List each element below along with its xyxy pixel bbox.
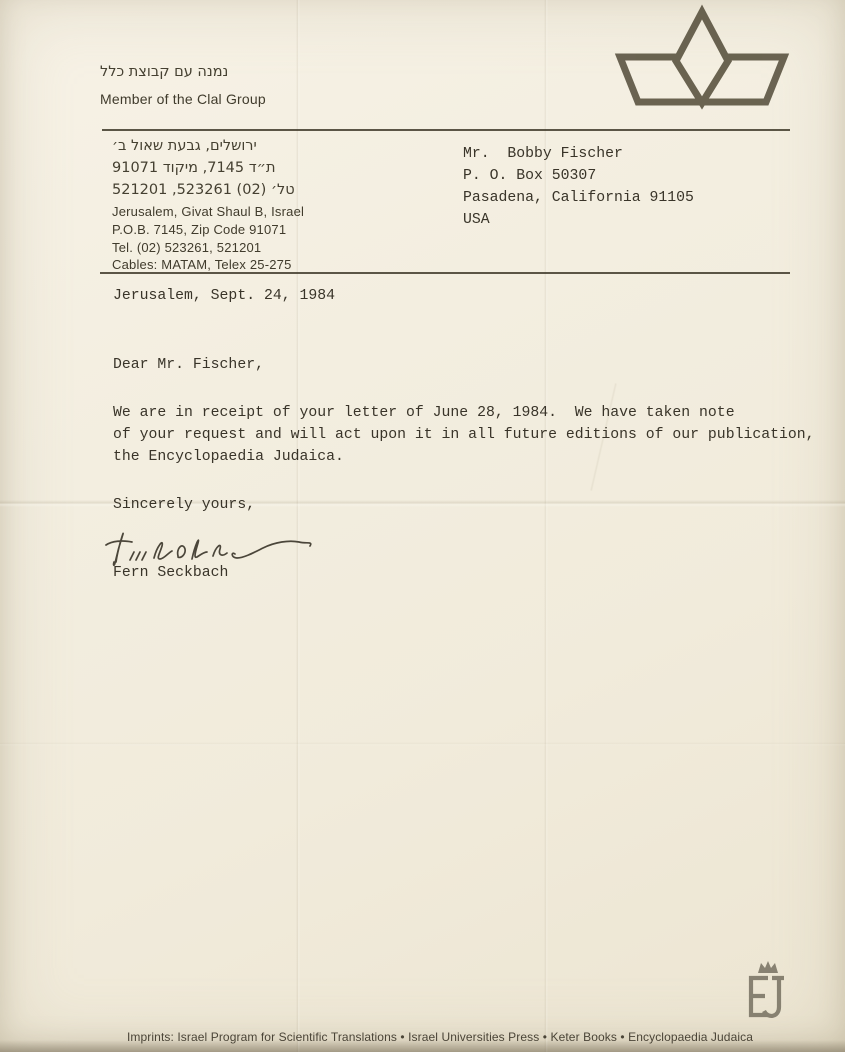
address-english-line: Tel. (02) 523261, 521201 <box>112 240 261 255</box>
signatory-name: Fern Seckbach <box>113 565 228 581</box>
body-line: the Encyclopaedia Judaica. <box>113 449 344 465</box>
address-hebrew-line: ת״ד 7145, מיקוד 91071 <box>112 160 276 176</box>
scanned-letter-page: נמנה עם קבוצת כלל Member of the Clal Gro… <box>0 0 845 1052</box>
address-english-line: P.O.B. 7145, Zip Code 91071 <box>112 222 286 237</box>
address-english-line: Cables: MATAM, Telex 25-275 <box>112 257 292 272</box>
letterhead-tagline-hebrew: נמנה עם קבוצת כלל <box>100 64 228 80</box>
letterhead-rule-top <box>102 129 790 131</box>
letterhead-membership-line: Member of the Clal Group <box>100 91 266 107</box>
recipient-line: USA <box>463 212 490 228</box>
body-line: of your request and will act upon it in … <box>113 427 815 443</box>
address-english-line: Jerusalem, Givat Shaul B, Israel <box>112 204 304 219</box>
closing-line: Sincerely yours, <box>113 497 255 513</box>
salutation: Dear Mr. Fischer, <box>113 357 264 373</box>
encyclopaedia-judaica-crown-ej-emblem-icon <box>737 959 789 1023</box>
address-hebrew-line: ירושלים, גבעת שאול ב׳ <box>112 138 257 154</box>
horizontal-fold-crease <box>0 742 845 746</box>
recipient-line: P. O. Box 50307 <box>463 168 596 184</box>
clal-crown-diamond-logo-icon <box>598 8 790 108</box>
recipient-line: Mr. Bobby Fischer <box>463 146 623 162</box>
recipient-line: Pasadena, California 91105 <box>463 190 694 206</box>
body-line: We are in receipt of your letter of June… <box>113 405 735 421</box>
address-hebrew-line: טל׳ (02) 523261, 521201 <box>112 182 295 198</box>
imprint-line: Imprints: Israel Program for Scientific … <box>127 1030 753 1044</box>
letterhead-rule-bottom <box>100 272 790 274</box>
handwritten-signature <box>102 518 337 570</box>
dateline: Jerusalem, Sept. 24, 1984 <box>113 288 335 304</box>
